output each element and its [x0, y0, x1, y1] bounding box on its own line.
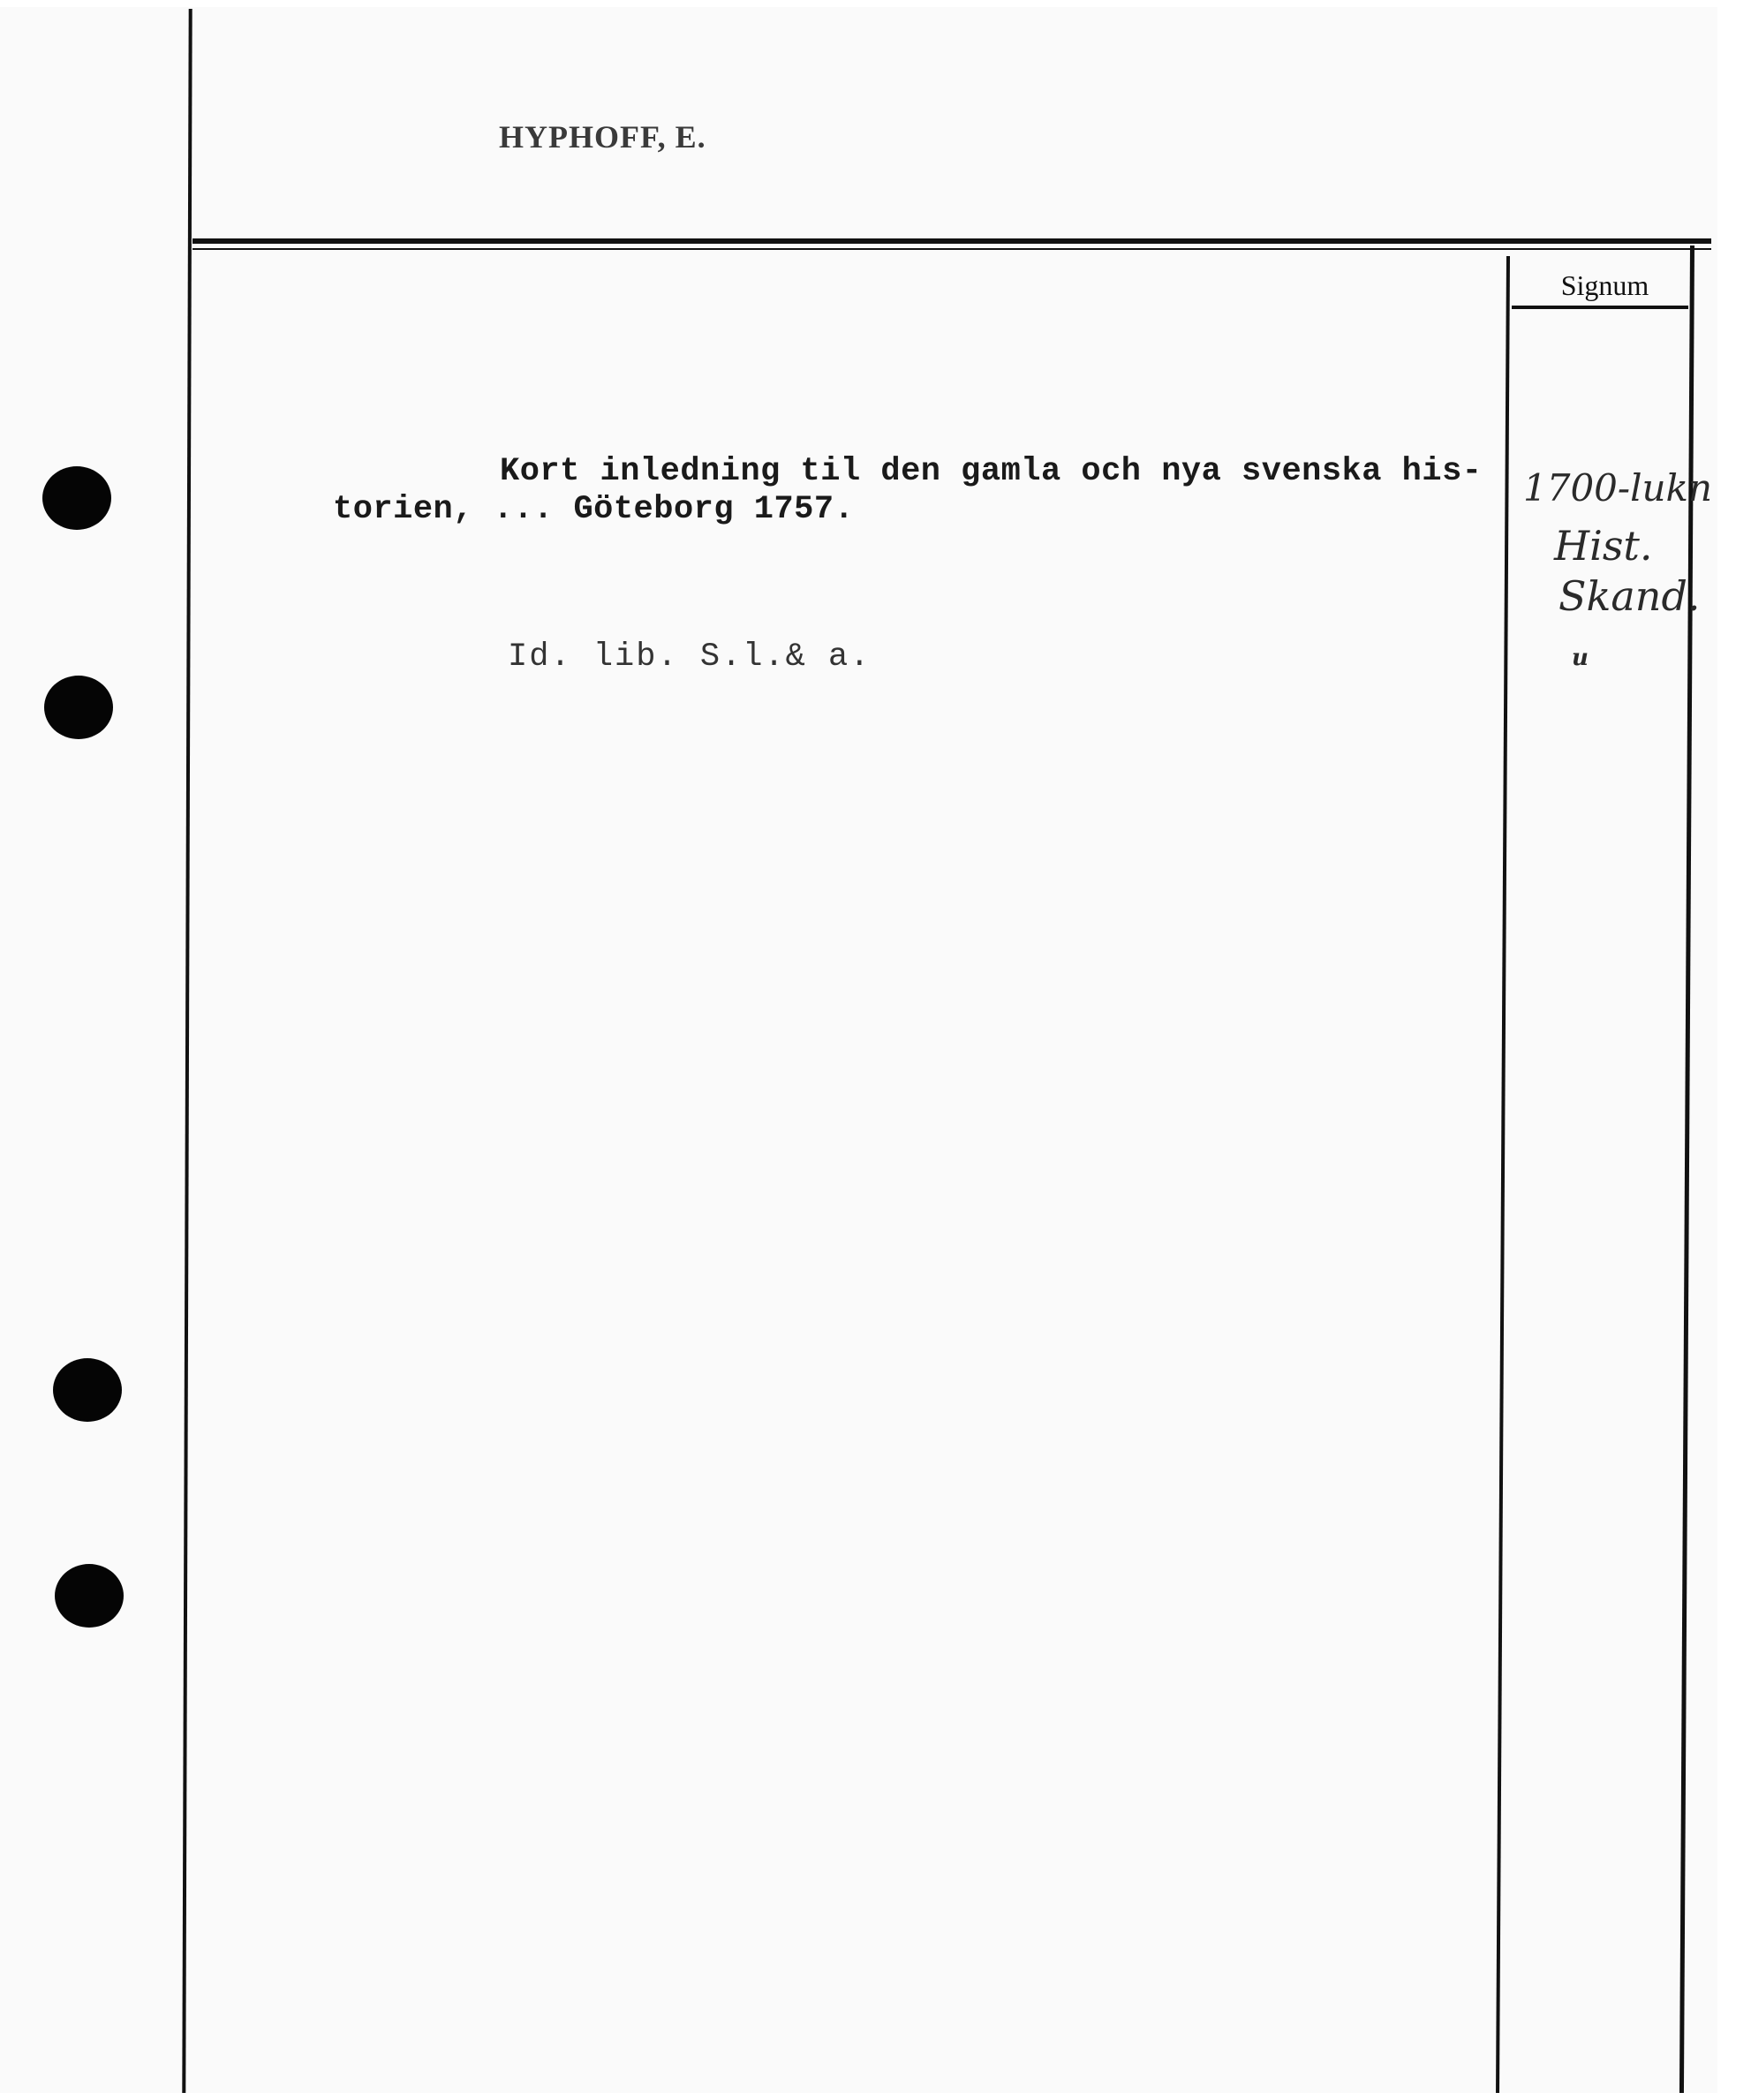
signum-column-right-rule [1679, 246, 1694, 2093]
header-rule-thin [192, 248, 1711, 250]
author-heading: HYPHOFF, E. [499, 118, 706, 155]
signum-underline [1512, 306, 1688, 309]
punch-hole [55, 1564, 124, 1628]
title-line-1: Kort inledning til den gamla och nya sve… [500, 453, 1482, 490]
title-line-2: torien, ... Göteborg 1757. [333, 491, 854, 528]
signum-handwritten-line-3: Skand. [1559, 572, 1701, 620]
signum-handwritten-line-1: 1700-lukn [1523, 466, 1712, 510]
edition-note: Id. lib. S.l.& a. [508, 638, 871, 676]
punch-hole [42, 466, 111, 530]
signum-column-left-rule [1496, 256, 1510, 2093]
signum-header: Signum [1528, 269, 1682, 302]
catalog-card: Signum HYPHOFF, E. Kort inledning til de… [0, 7, 1717, 2093]
punch-hole [44, 676, 113, 739]
signum-handwritten-line-2: Hist. [1554, 522, 1653, 570]
punch-hole [53, 1358, 122, 1422]
header-rule-thick [192, 238, 1711, 244]
left-margin-rule [182, 9, 192, 2093]
signum-handwritten-mark: u [1572, 645, 1589, 671]
